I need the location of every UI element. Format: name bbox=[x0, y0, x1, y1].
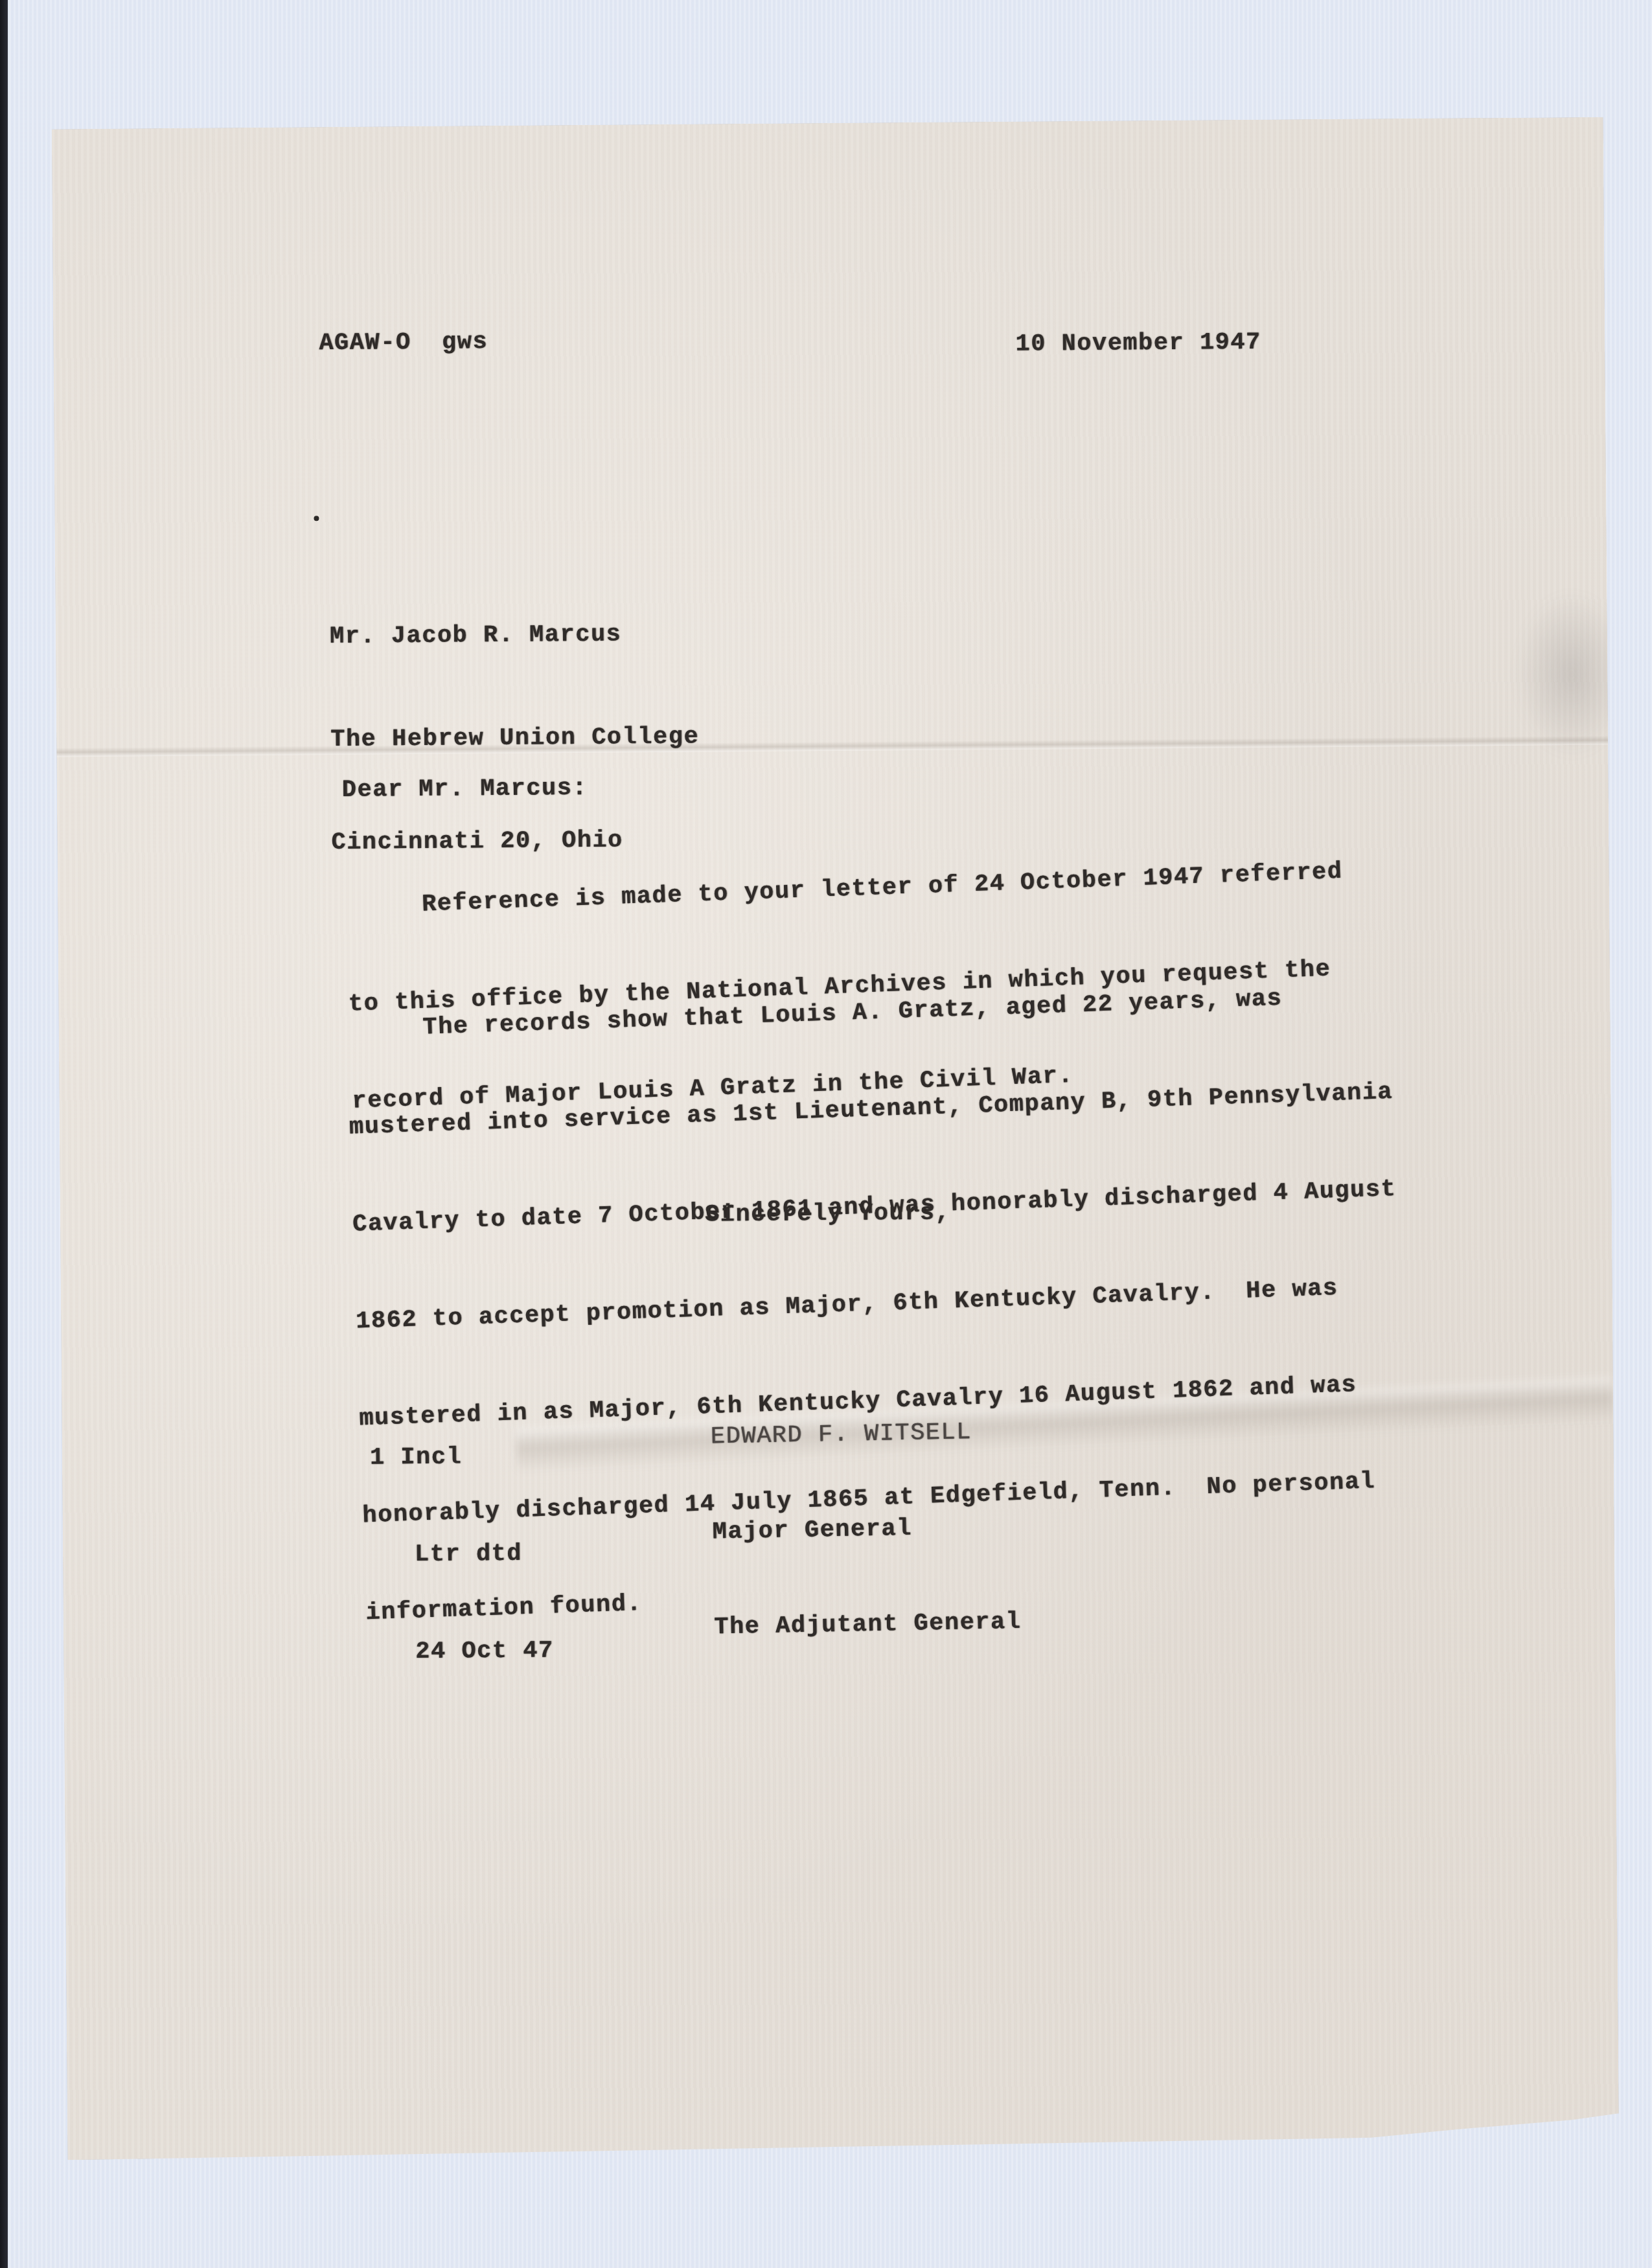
file-reference: AGAW-O gws bbox=[319, 326, 488, 360]
letter-page: AGAW-O gws 10 November 1947 Mr. Jacob R.… bbox=[52, 117, 1620, 2160]
salutation: Dear Mr. Marcus: bbox=[342, 773, 588, 807]
signature-block: EDWARD F. WITSELL Major General The Adju… bbox=[709, 1353, 1023, 1708]
enclosure-note: 1 Incl Ltr dtd 24 Oct 47 bbox=[369, 1375, 555, 1733]
ink-speck bbox=[314, 516, 319, 521]
paragraph-line: Reference is made to your letter of 24 O… bbox=[345, 856, 1344, 924]
signer-name: EDWARD F. WITSELL bbox=[710, 1416, 1018, 1454]
complimentary-close: Sincerely Yours, bbox=[705, 1198, 951, 1231]
recipient-name: Mr. Jacob R. Marcus bbox=[330, 617, 698, 654]
letter-date: 10 November 1947 bbox=[1015, 327, 1261, 361]
paragraph-line: 1862 to accept promotion as Major, 6th K… bbox=[355, 1270, 1400, 1338]
scanner-edge-strip bbox=[0, 0, 8, 2268]
paragraph-line: The records show that Louis A. Gratz, ag… bbox=[345, 979, 1390, 1047]
enclosure-date: 24 Oct 47 bbox=[371, 1634, 554, 1668]
enclosure-count: 1 Incl bbox=[370, 1440, 553, 1474]
enclosure-description: Ltr dtd bbox=[371, 1537, 553, 1571]
paper-fold-line bbox=[56, 736, 1608, 757]
signer-title: The Adjutant General bbox=[714, 1607, 1022, 1644]
paragraph-line: mustered into service as 1st Lieutenant,… bbox=[349, 1076, 1394, 1144]
recipient-institution: The Hebrew Union College bbox=[330, 720, 699, 757]
signer-rank: Major General bbox=[712, 1511, 1020, 1549]
